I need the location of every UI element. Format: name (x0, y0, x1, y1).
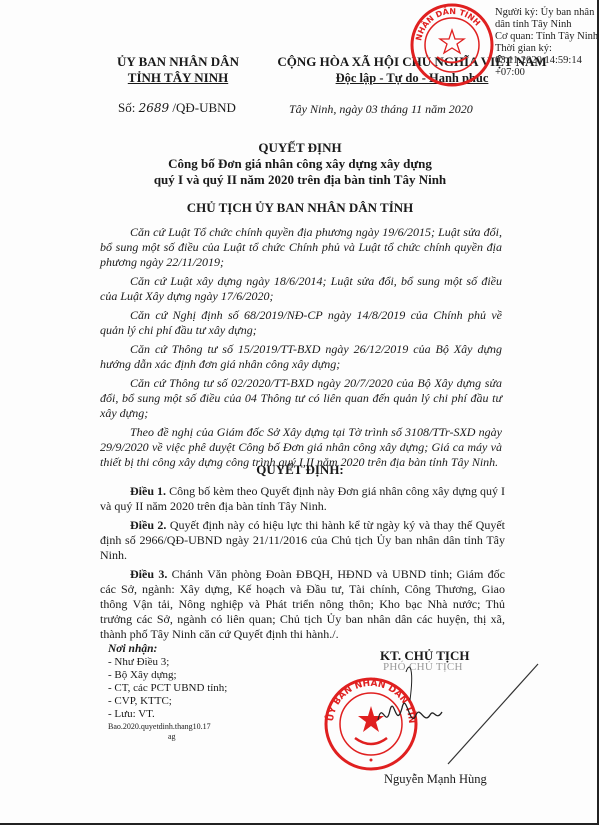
decision-heading: QUYẾT ĐỊNH: (0, 462, 600, 478)
place-date: Tây Ninh, ngày 03 tháng 11 năm 2020 (289, 102, 473, 117)
recipients: Nơi nhận: - Như Điều 3; - Bộ Xây dựng; -… (108, 643, 227, 741)
title-main: QUYẾT ĐỊNH (0, 140, 600, 156)
title-sub-1: Công bố Đơn giá nhân công xây dựng xây d… (0, 156, 600, 172)
org-line-2: TỈNH TÂY NINH (108, 70, 248, 86)
recipient-item: - Bộ Xây dựng; (108, 669, 227, 682)
signer-name: Nguyễn Mạnh Hùng (384, 772, 487, 787)
document-page: ỦY BAN NHÂN DÂN TỈNH TÂY NINH CỘNG HÒA X… (0, 0, 599, 825)
article-3: Điều 3. Chánh Văn phòng Đoàn ĐBQH, HĐND … (100, 567, 505, 642)
legal-basis-item: Căn cứ Thông tư số 02/2020/TT-BXD ngày 2… (100, 376, 502, 421)
legal-basis-item: Căn cứ Luật Tổ chức chính quyền địa phươ… (100, 225, 502, 270)
initials: ag (108, 732, 227, 741)
title-sub-2: quý I và quý II năm 2020 trên địa bàn tỉ… (0, 172, 600, 188)
recipient-item: - CVP, KTTC; (108, 695, 227, 708)
issuing-organization: ỦY BAN NHÂN DÂN TỈNH TÂY NINH (108, 54, 248, 86)
doc-number-handwritten: 2689 (139, 101, 170, 115)
authority-heading: CHỦ TỊCH ỦY BAN NHÂN DÂN TỈNH (0, 200, 600, 216)
digital-signature-info: Người ký: Ủy ban nhân dân tỉnh Tây Ninh … (495, 7, 600, 79)
org-line-1: ỦY BAN NHÂN DÂN (108, 54, 248, 70)
legal-basis-item: Căn cứ Luật xây dựng ngày 18/6/2014; Luậ… (100, 274, 502, 304)
decision-title: QUYẾT ĐỊNH Công bố Đơn giá nhân công xây… (0, 140, 600, 188)
recipient-item: - Như Điều 3; (108, 656, 227, 669)
legal-basis-item: Căn cứ Nghị định số 68/2019/NĐ-CP ngày 1… (100, 308, 502, 338)
document-number: Số: 2689 /QĐ-UBND (118, 100, 236, 116)
recipients-label: Nơi nhận: (108, 643, 227, 656)
legal-basis: Căn cứ Luật Tổ chức chính quyền địa phươ… (100, 225, 502, 474)
file-note: Bao.2020.quyetdinh.thang10.17 (108, 722, 227, 731)
article-1: Điều 1. Công bố kèm theo Quyết định này … (100, 484, 505, 514)
articles: Điều 1. Công bố kèm theo Quyết định này … (100, 484, 505, 646)
recipient-item: - Lưu: VT. (108, 708, 227, 721)
recipient-item: - CT, các PCT UBND tỉnh; (108, 682, 227, 695)
article-2: Điều 2. Quyết định này có hiệu lực thi h… (100, 518, 505, 563)
seal-icon: NHÂN DÂN TỈNH (409, 2, 495, 88)
handwritten-signature-icon (370, 660, 540, 770)
top-seal-stamp: NHÂN DÂN TỈNH (409, 2, 495, 88)
legal-basis-item: Căn cứ Thông tư số 15/2019/TT-BXD ngày 2… (100, 342, 502, 372)
